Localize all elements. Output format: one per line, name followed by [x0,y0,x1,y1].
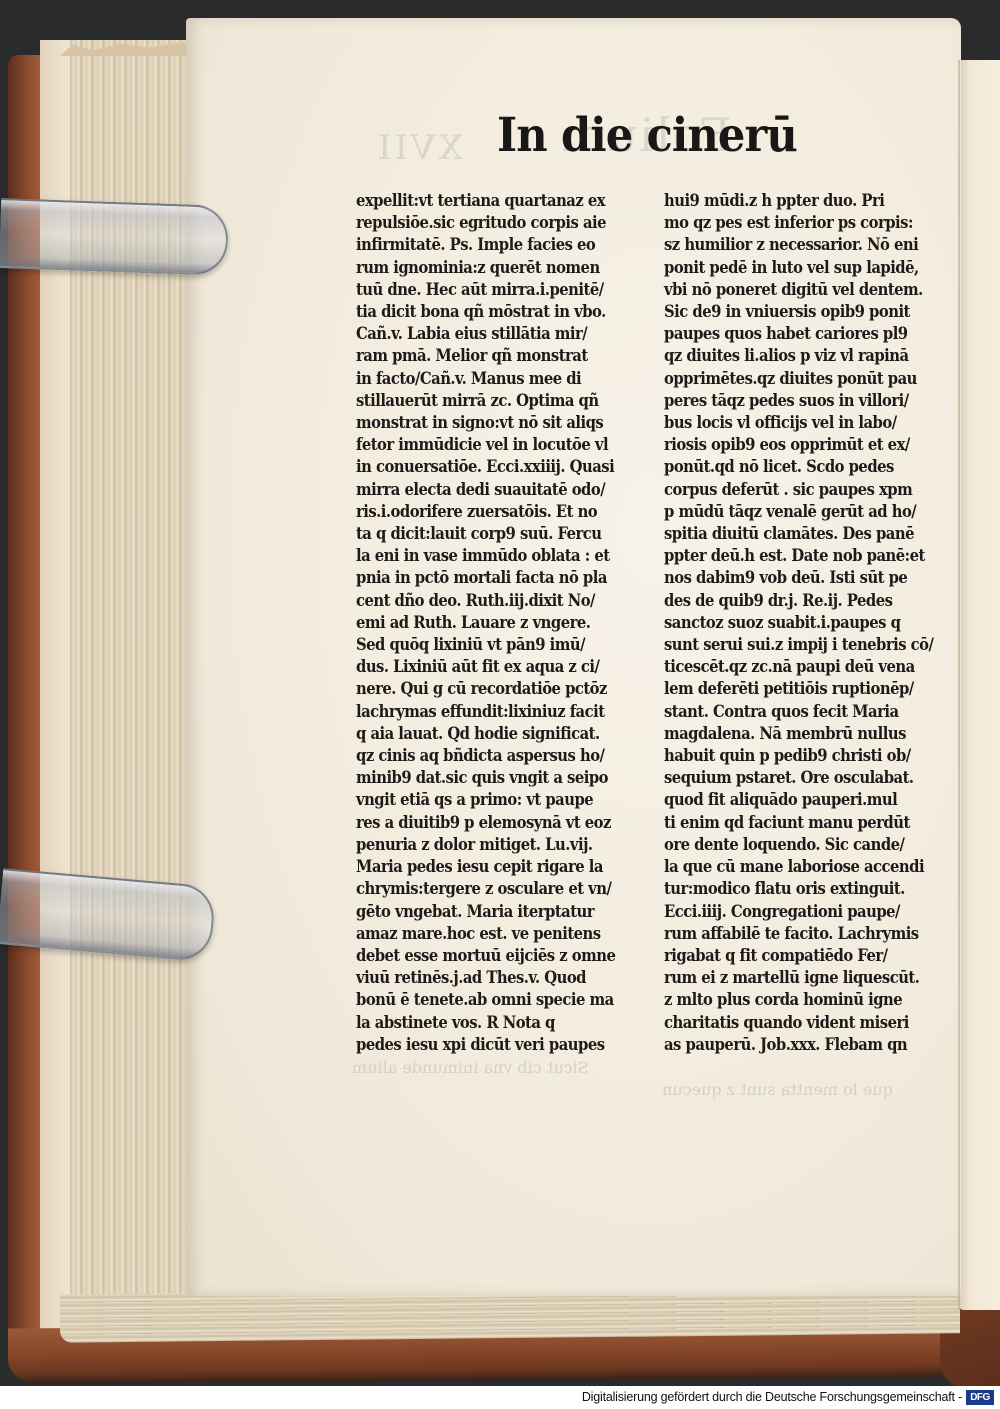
text-line: ore dente loquendo. Sic cande/ [664,834,922,856]
page-heading: In die cinerū [497,108,797,163]
text-line: in conuersatiōe. Ecci.xxiiij. Quasi [356,456,614,478]
text-line: corpus deferūt . sic paupes xpm [664,479,922,501]
text-line: lem deferēti petitiōis ruptionēp/ [664,678,922,700]
text-line: mo qz pes est inferior ps corpis: [664,212,922,234]
text-column-right: hui9 mūdi.z h ppter duo. Primo qz pes es… [664,190,964,1056]
text-line: Sed quōq lixiniū vt pān9 imū/ [356,634,614,656]
text-line: ppter deū.h est. Date nob panē:et [664,545,922,567]
facing-page-edge [958,60,1000,1310]
text-line: viuū retinēs.j.ad Thes.v. Quod [356,967,614,989]
text-line: quod fit aliquādo pauperi.mul [664,789,922,811]
show-through-line: Sicut cib vna inimunde alium [352,1058,589,1077]
text-line: Cañ.v. Labia eius stillātia mir/ [356,323,614,345]
text-line: in facto/Cañ.v. Manus mee di [356,368,614,390]
text-line: gēto vngebat. Maria iterptatur [356,901,614,923]
text-line: hui9 mūdi.z h ppter duo. Pri [664,190,922,212]
text-line: riosis opib9 eos opprimūt et ex/ [664,434,922,456]
text-line: ti enim qd faciunt manu perdūt [664,812,922,834]
text-line: vngit etiā qs a primo: vt paupe [356,789,614,811]
text-column-left: expellit:vt tertiana quartanaz exrepulsi… [356,190,656,1056]
text-line: ponūt.qd nō licet. Scdo pedes [664,456,922,478]
text-line: la abstinete vos. R Nota q [356,1012,614,1034]
text-line: des de quib9 dr.j. Re.ij. Pedes [664,590,922,612]
text-line: habuit quin p pedib9 christi ob/ [664,745,922,767]
text-line: stillauerūt mirrā zc. Optima qñ [356,390,614,412]
text-line: Maria pedes iesu cepit rigare la [356,856,614,878]
text-line: ta q dicit:lauit corp9 suū. Fercu [356,523,614,545]
text-line: qz cinis aq bñdicta aspersus ho/ [356,745,614,767]
text-line: la que cū mane laboriose accendi [664,856,922,878]
text-line: Sic de9 in vniuersis opib9 ponit [664,301,922,323]
dfg-logo-icon: DFG [966,1390,994,1405]
text-line: sanctoz suoz suabit.i.paupes q [664,612,922,634]
text-line: rigabat q fit compatiēdo Fer/ [664,945,922,967]
text-line: dus. Lixiniū aūt fit ex aqua z ci/ [356,656,614,678]
text-line: debet esse mortuū eijciēs z omne [356,945,614,967]
text-line: nere. Qui g cū recordatiōe pctōz [356,678,614,700]
text-line: nos dabim9 vob deū. Isti sūt pe [664,567,922,589]
book-scan: XVII Folium In die cinerū expellit:vt te… [0,0,1000,1386]
text-line: spitia diuitū clamātes. Des panē [664,523,922,545]
text-line: tur:modico flatu oris extinguit. [664,878,922,900]
text-line: fetor immūdicie vel in locutōe vl [356,434,614,456]
text-line: pedes iesu xpi dicūt veri paupes [356,1034,614,1056]
text-line: pnia in pctō mortali facta nō pla [356,567,614,589]
text-line: stant. Contra quos fecit Maria [664,701,922,723]
show-through-folio: XVII [375,128,463,168]
text-line: rum ignominia:z querēt nomen [356,257,614,279]
text-line: q aia lauat. Qd hodie significat. [356,723,614,745]
text-line: sequium pstaret. Ore osculabat. [664,767,922,789]
text-line: rum ei z martellū igne liquescūt. [664,967,922,989]
text-line: monstrat in signo:vt nō sit aliqs [356,412,614,434]
text-line: ponit pedē in luto vel sup lapidē, [664,257,922,279]
credit-text: Digitalisierung gefördert durch die Deut… [582,1390,962,1404]
digitization-credit-bar: Digitalisierung gefördert durch die Deut… [0,1386,1000,1409]
text-line: minib9 dat.sic quis vngit a seipo [356,767,614,789]
text-line: opprimētes.qz diuites ponūt pau [664,368,922,390]
text-line: res a diuitib9 p elemosynā vt eoz [356,812,614,834]
text-line: amaz mare.hoc est. ve penitens [356,923,614,945]
text-line: vbi nō poneret digitū vel dentem. [664,279,922,301]
text-line: tia dicit bona qñ mōstrat in vbo. [356,301,614,323]
text-line: expellit:vt tertiana quartanaz ex [356,190,614,212]
glass-page-weight-top [0,198,229,276]
show-through-line: que lo mentta sunt z quecun [662,1080,893,1099]
text-line: ram pmā. Melior qñ monstrat [356,345,614,367]
text-line: charitatis quando vident miseri [664,1012,922,1034]
text-line: cent dño deo. Ruth.iij.dixit No/ [356,590,614,612]
text-line: bus locis vl officijs vel in labo/ [664,412,922,434]
text-line: p mūdū tāqz venalē gerūt ad ho/ [664,501,922,523]
text-line: qz diuites li.alios p viz vl rapinā [664,345,922,367]
text-line: Ecci.iiij. Congregationi paupe/ [664,901,922,923]
text-line: infirmitatē. Ps. Imple facies eo [356,234,614,256]
text-line: la eni in vase immūdo oblata : et [356,545,614,567]
text-line: z mlto plus corda hominū igne [664,989,922,1011]
text-line: paupes quos habet cariores pl9 [664,323,922,345]
text-line: lachrymas effundit:lixiniuz facit [356,701,614,723]
text-line: repulsiōe.sic egritudo corpis aie [356,212,614,234]
text-line: mirra electa dedi suauitatē odo/ [356,479,614,501]
text-line: rum affabilē te facito. Lachrymis [664,923,922,945]
text-line: chrymis:tergere z osculare et vn/ [356,878,614,900]
text-line: bonū ē tenete.ab omni specie ma [356,989,614,1011]
text-line: sunt serui sui.z impij i tenebris cō/ [664,634,922,656]
text-line: sz humilior z necessarior. Nō eni [664,234,922,256]
text-line: ris.i.odorifere zuersatōis. Et no [356,501,614,523]
text-line: emi ad Ruth. Lauare z vngere. [356,612,614,634]
text-line: as pauperū. Job.xxx. Flebam qn [664,1034,922,1056]
text-line: ticescēt.qz zc.nā paupi deū vena [664,656,922,678]
text-line: tuū dne. Hec aūt mirra.i.penitē/ [356,279,614,301]
text-line: peres tāqz pedes suos in villori/ [664,390,922,412]
text-line: magdalena. Nā membrū nullus [664,723,922,745]
text-line: penuria z dolor mitiget. Lu.vij. [356,834,614,856]
